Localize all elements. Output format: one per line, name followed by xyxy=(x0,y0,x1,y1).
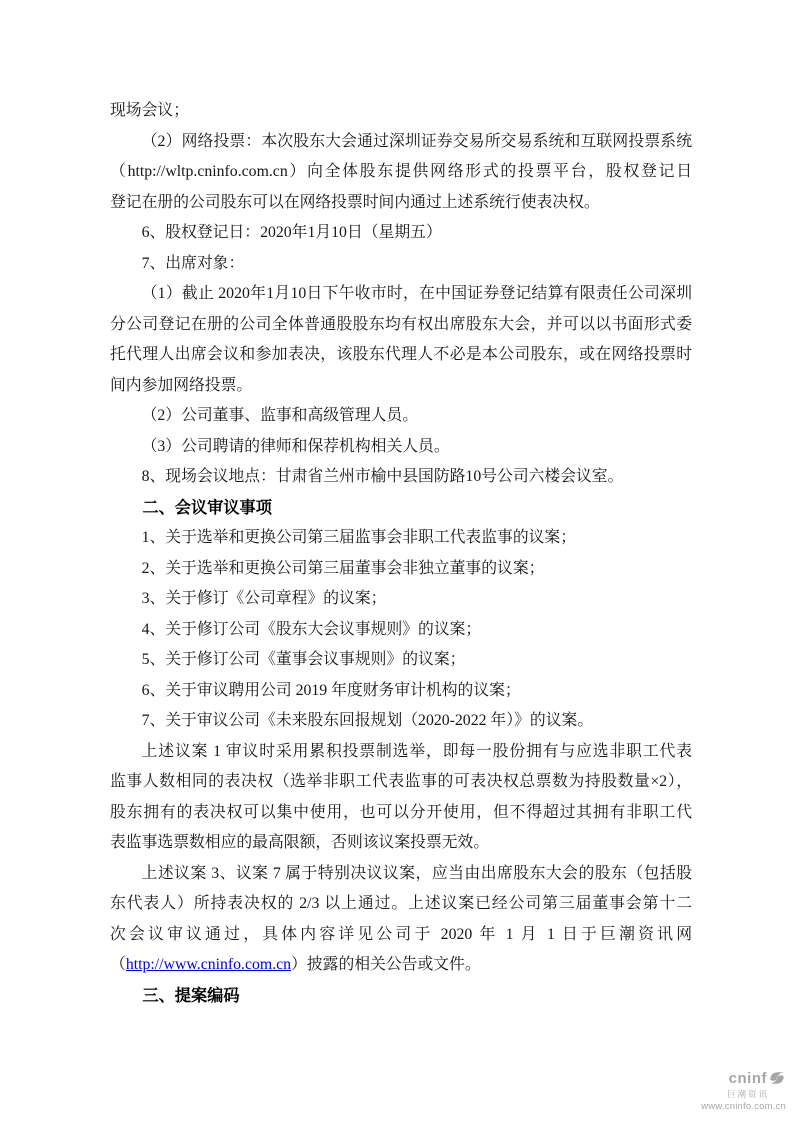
document-line: 7、关于审议公司《未来股东回报规划（2020-2022 年）》的议案。 xyxy=(110,706,692,737)
section-heading: 二、会议审议事项 xyxy=(110,493,692,524)
cninfo-logo: cninf 巨潮资讯 www.cninfo.com.cn xyxy=(676,1069,786,1112)
cninfo-logo-text: cninf xyxy=(729,1070,767,1087)
document-line: （http://wltp.cninfo.com.cn）向全体股东提供网络形式的投… xyxy=(110,157,692,188)
document-line: 上述议案 3、议案 7 属于特别决议议案，应当由出席股东大会的股东（包括股 xyxy=(110,859,692,890)
document-line: （3）公司聘请的律师和保荐机构相关人员。 xyxy=(110,432,692,463)
document-line: 现场会议； xyxy=(110,96,692,127)
document-body: 现场会议；（2）网络投票：本次股东大会通过深圳证券交易所交易系统和互联网投票系统… xyxy=(110,96,692,1011)
document-line: 表监事选票数相应的最高限额，否则该议案投票无效。 xyxy=(110,828,692,859)
document-line: （2）公司董事、监事和高级管理人员。 xyxy=(110,401,692,432)
document-line: 次会议审议通过，具体内容详见公司于 2020 年 1 月 1 日于巨潮资讯网 xyxy=(110,920,692,951)
document-line: 托代理人出席会议和参加表决，该股东代理人不必是本公司股东，或在网络投票时 xyxy=(110,340,692,371)
document-line: 2、关于选举和更换公司第三届董事会非独立董事的议案； xyxy=(110,554,692,585)
document-line: 3、关于修订《公司章程》的议案； xyxy=(110,584,692,615)
document-line: 监事人数相同的表决权（选举非职工代表监事的可表决权总票数为持股数量×2）， xyxy=(110,767,692,798)
document-line: 8、现场会议地点：甘肃省兰州市榆中县国防路10号公司六楼会议室。 xyxy=(110,462,692,493)
document-page: 现场会议；（2）网络投票：本次股东大会通过深圳证券交易所交易系统和互联网投票系统… xyxy=(0,0,793,1122)
line-text: ）披露的相关公告或文件。 xyxy=(291,956,481,973)
cninfo-logo-url: www.cninfo.com.cn xyxy=(676,1101,786,1112)
line-text: （ xyxy=(110,956,126,973)
document-line: 东代表人）所持表决权的 2/3 以上通过。上述议案已经公司第三届董事会第十二 xyxy=(110,889,692,920)
cninfo-logo-row: cninf xyxy=(676,1069,786,1087)
document-line: （2）网络投票：本次股东大会通过深圳证券交易所交易系统和互联网投票系统 xyxy=(110,127,692,158)
document-line: 1、关于选举和更换公司第三届监事会非职工代表监事的议案； xyxy=(110,523,692,554)
cninfo-logo-chinese: 巨潮资讯 xyxy=(676,1088,786,1100)
cninfo-swirl-icon xyxy=(768,1070,786,1086)
document-line: 4、关于修订公司《股东大会议事规则》的议案； xyxy=(110,615,692,646)
document-line: 6、关于审议聘用公司 2019 年度财务审计机构的议案； xyxy=(110,676,692,707)
document-line: 7、出席对象： xyxy=(110,249,692,280)
document-line: 间内参加网络投票。 xyxy=(110,371,692,402)
document-line: 5、关于修订公司《董事会议事规则》的议案； xyxy=(110,645,692,676)
document-line: 登记在册的公司股东可以在网络投票时间内通过上述系统行使表决权。 xyxy=(110,188,692,219)
document-line: 股东拥有的表决权可以集中使用，也可以分开使用，但不得超过其拥有非职工代 xyxy=(110,798,692,829)
document-line: 6、股权登记日：2020年1月10日（星期五） xyxy=(110,218,692,249)
document-line: （http://www.cninfo.com.cn）披露的相关公告或文件。 xyxy=(110,950,692,981)
document-line: 分公司登记在册的公司全体普通股股东均有权出席股东大会，并可以以书面形式委 xyxy=(110,310,692,341)
document-line: （1）截止 2020年1月10日下午收市时，在中国证券登记结算有限责任公司深圳 xyxy=(110,279,692,310)
cninfo-hyperlink[interactable]: http://www.cninfo.com.cn xyxy=(126,956,291,973)
document-line: 上述议案 1 审议时采用累积投票制选举，即每一股份拥有与应选非职工代表 xyxy=(110,737,692,768)
section-heading: 三、提案编码 xyxy=(110,981,692,1012)
